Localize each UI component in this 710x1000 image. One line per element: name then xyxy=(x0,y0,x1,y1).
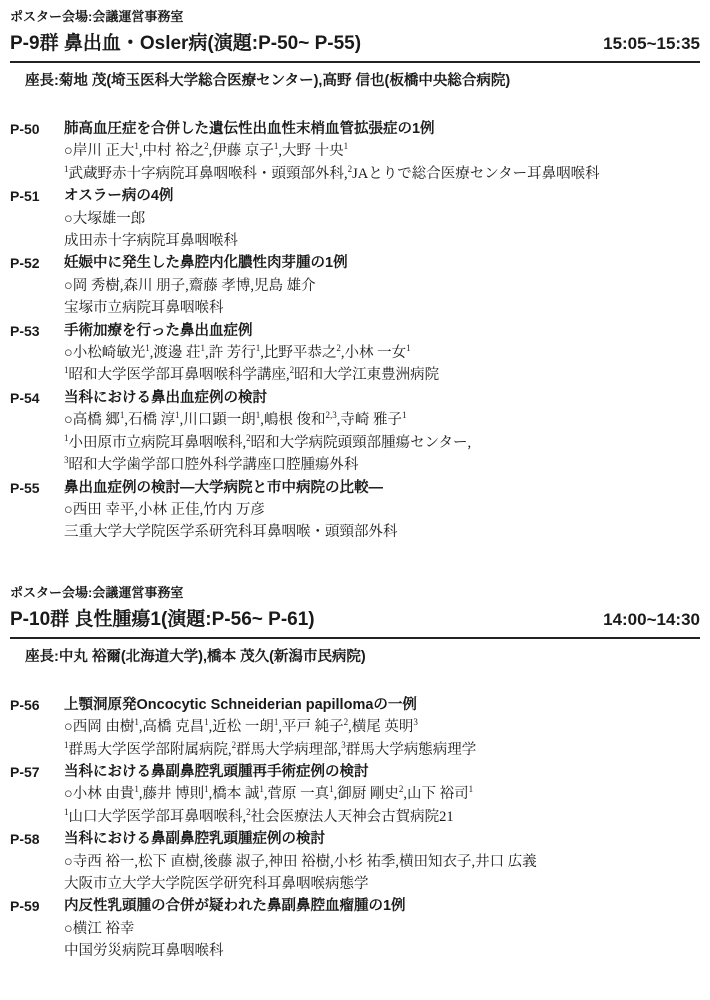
presentation-authors: ○小松崎敏光1,渡邊 荘1,許 芳行1,比野平恭之2,小林 一女1 xyxy=(64,342,700,364)
presentation-title: 妊娠中に発生した鼻腔内化膿性肉芽腫の1例 xyxy=(64,252,700,274)
presentation-title: 鼻出血症例の検討―大学病院と市中病院の比較― xyxy=(64,477,700,499)
presentation-body: 上顎洞原発Oncocytic Schneiderian papillomaの一例… xyxy=(64,694,700,761)
presentation-code: P-51 xyxy=(10,185,64,207)
presentation-authors: ○小林 由貴1,藤井 博則1,橋本 誠1,菅原 一真1,御厨 剛史2,山下 裕司… xyxy=(64,783,700,805)
presentation-authors: ○西田 幸平,小林 正佳,竹内 万彦 xyxy=(64,499,700,521)
presentation-affiliation: 3昭和大学歯学部口腔外科学講座口腔腫瘍外科 xyxy=(64,454,700,476)
presentation-authors: ○横江 裕幸 xyxy=(64,918,700,940)
presentation-body: 妊娠中に発生した鼻腔内化膿性肉芽腫の1例 ○岡 秀樹,森川 朋子,齋藤 孝博,児… xyxy=(64,252,700,319)
session-time: 15:05~15:35 xyxy=(603,32,700,56)
presentation-authors: ○大塚雄一郎 xyxy=(64,208,700,230)
chair-line: 座長:中丸 裕爾(北海道大学),橋本 茂久(新潟市民病院) xyxy=(10,647,700,667)
presentation-affiliation: 1小田原市立病院耳鼻咽喉科,2昭和大学病院頭頸部腫瘍センター, xyxy=(64,432,700,454)
presentation-code: P-53 xyxy=(10,320,64,342)
presentation-affiliation: 三重大学大学院医学系研究科耳鼻咽喉・頭頸部外科 xyxy=(64,521,700,543)
presentation-p59: P-59 内反性乳頭腫の合併が疑われた鼻副鼻腔血瘤腫の1例 ○横江 裕幸 中国労… xyxy=(10,895,700,962)
presentation-title: 当科における鼻副鼻腔乳頭腫症例の検討 xyxy=(64,828,700,850)
conference-program-page: ポスター会場:会議運営事務室 P-9群 鼻出血・Osler病(演題:P-50~ … xyxy=(0,0,710,963)
venue-label: ポスター会場:会議運営事務室 xyxy=(10,8,700,25)
presentation-p55: P-55 鼻出血症例の検討―大学病院と市中病院の比較― ○西田 幸平,小林 正佳… xyxy=(10,477,700,544)
presentation-code: P-56 xyxy=(10,694,64,716)
presentation-p58: P-58 当科における鼻副鼻腔乳頭腫症例の検討 ○寺西 裕一,松下 直樹,後藤 … xyxy=(10,828,700,895)
presentation-authors: ○岸川 正大1,中村 裕之2,伊藤 京子1,大野 十央1 xyxy=(64,140,700,162)
presentation-code: P-58 xyxy=(10,828,64,850)
presentation-title: 当科における鼻出血症例の検討 xyxy=(64,387,700,409)
presentation-code: P-55 xyxy=(10,477,64,499)
presentation-title: 肺高血圧症を合併した遺伝性出血性末梢血管拡張症の1例 xyxy=(64,118,700,140)
presentation-title: 内反性乳頭腫の合併が疑われた鼻副鼻腔血瘤腫の1例 xyxy=(64,895,700,917)
presentation-body: 当科における鼻副鼻腔乳頭腫症例の検討 ○寺西 裕一,松下 直樹,後藤 淑子,神田… xyxy=(64,828,700,895)
presentation-affiliation: 大阪市立大学大学院医学研究科耳鼻咽喉病態学 xyxy=(64,873,700,895)
session-p9: ポスター会場:会議運営事務室 P-9群 鼻出血・Osler病(演題:P-50~ … xyxy=(10,8,700,544)
presentation-body: 鼻出血症例の検討―大学病院と市中病院の比較― ○西田 幸平,小林 正佳,竹内 万… xyxy=(64,477,700,544)
venue-label: ポスター会場:会議運営事務室 xyxy=(10,584,700,601)
session-p10: ポスター会場:会議運営事務室 P-10群 良性腫瘍1(演題:P-56~ P-61… xyxy=(10,584,700,963)
session-header-row: P-10群 良性腫瘍1(演題:P-56~ P-61) 14:00~14:30 xyxy=(10,607,700,632)
presentation-body: 当科における鼻副鼻腔乳頭腫再手術症例の検討 ○小林 由貴1,藤井 博則1,橋本 … xyxy=(64,761,700,828)
session-title: P-10群 良性腫瘍1(演題:P-56~ P-61) xyxy=(10,607,315,632)
presentation-authors: ○寺西 裕一,松下 直樹,後藤 淑子,神田 裕樹,小杉 祐季,横田知衣子,井口 … xyxy=(64,851,700,873)
presentation-authors: ○高橋 郷1,石橋 淳1,川口顕一朗1,嶋根 俊和2,3,寺崎 雅子1 xyxy=(64,409,700,431)
chair-line: 座長:菊地 茂(埼玉医科大学総合医療センター),高野 信也(板橋中央総合病院) xyxy=(10,71,700,91)
presentation-title: 上顎洞原発Oncocytic Schneiderian papillomaの一例 xyxy=(64,694,700,716)
presentation-code: P-57 xyxy=(10,761,64,783)
presentation-p56: P-56 上顎洞原発Oncocytic Schneiderian papillo… xyxy=(10,694,700,761)
header-divider xyxy=(10,637,700,639)
presentation-body: 手術加療を行った鼻出血症例 ○小松崎敏光1,渡邊 荘1,許 芳行1,比野平恭之2… xyxy=(64,320,700,387)
session-header-row: P-9群 鼻出血・Osler病(演題:P-50~ P-55) 15:05~15:… xyxy=(10,31,700,56)
presentation-affiliation: 宝塚市立病院耳鼻咽喉科 xyxy=(64,297,700,319)
presentation-p50: P-50 肺高血圧症を合併した遺伝性出血性末梢血管拡張症の1例 ○岸川 正大1,… xyxy=(10,118,700,185)
presentation-list: P-56 上顎洞原発Oncocytic Schneiderian papillo… xyxy=(10,694,700,963)
presentation-body: 肺高血圧症を合併した遺伝性出血性末梢血管拡張症の1例 ○岸川 正大1,中村 裕之… xyxy=(64,118,700,185)
presentation-code: P-54 xyxy=(10,387,64,409)
presentation-p51: P-51 オスラー病の4例 ○大塚雄一郎 成田赤十字病院耳鼻咽喉科 xyxy=(10,185,700,252)
presentation-p57: P-57 当科における鼻副鼻腔乳頭腫再手術症例の検討 ○小林 由貴1,藤井 博則… xyxy=(10,761,700,828)
presentation-p53: P-53 手術加療を行った鼻出血症例 ○小松崎敏光1,渡邊 荘1,許 芳行1,比… xyxy=(10,320,700,387)
header-divider xyxy=(10,61,700,63)
presentation-affiliation: 1武蔵野赤十字病院耳鼻咽喉科・頭頸部外科,2JAとりで総合医療センター耳鼻咽喉科 xyxy=(64,163,700,185)
presentation-title: オスラー病の4例 xyxy=(64,185,700,207)
session-time: 14:00~14:30 xyxy=(603,608,700,632)
presentation-body: オスラー病の4例 ○大塚雄一郎 成田赤十字病院耳鼻咽喉科 xyxy=(64,185,700,252)
presentation-affiliation: 1群馬大学医学部附属病院,2群馬大学病理部,3群馬大学病態病理学 xyxy=(64,739,700,761)
session-title: P-9群 鼻出血・Osler病(演題:P-50~ P-55) xyxy=(10,31,361,56)
presentation-affiliation: 1昭和大学医学部耳鼻咽喉科学講座,2昭和大学江東豊洲病院 xyxy=(64,364,700,386)
presentation-title: 当科における鼻副鼻腔乳頭腫再手術症例の検討 xyxy=(64,761,700,783)
presentation-title: 手術加療を行った鼻出血症例 xyxy=(64,320,700,342)
presentation-affiliation: 中国労災病院耳鼻咽喉科 xyxy=(64,940,700,962)
presentation-list: P-50 肺高血圧症を合併した遺伝性出血性末梢血管拡張症の1例 ○岸川 正大1,… xyxy=(10,118,700,544)
presentation-body: 当科における鼻出血症例の検討 ○高橋 郷1,石橋 淳1,川口顕一朗1,嶋根 俊和… xyxy=(64,387,700,477)
presentation-code: P-50 xyxy=(10,118,64,140)
presentation-code: P-59 xyxy=(10,895,64,917)
presentation-body: 内反性乳頭腫の合併が疑われた鼻副鼻腔血瘤腫の1例 ○横江 裕幸 中国労災病院耳鼻… xyxy=(64,895,700,962)
presentation-p52: P-52 妊娠中に発生した鼻腔内化膿性肉芽腫の1例 ○岡 秀樹,森川 朋子,齋藤… xyxy=(10,252,700,319)
presentation-code: P-52 xyxy=(10,252,64,274)
presentation-authors: ○西岡 由樹1,高橋 克昌1,近松 一朗1,平戸 純子2,横尾 英明3 xyxy=(64,716,700,738)
presentation-affiliation: 1山口大学医学部耳鼻咽喉科,2社会医療法人天神会古賀病院21 xyxy=(64,806,700,828)
presentation-affiliation: 成田赤十字病院耳鼻咽喉科 xyxy=(64,230,700,252)
presentation-authors: ○岡 秀樹,森川 朋子,齋藤 孝博,児島 雄介 xyxy=(64,275,700,297)
presentation-p54: P-54 当科における鼻出血症例の検討 ○高橋 郷1,石橋 淳1,川口顕一朗1,… xyxy=(10,387,700,477)
